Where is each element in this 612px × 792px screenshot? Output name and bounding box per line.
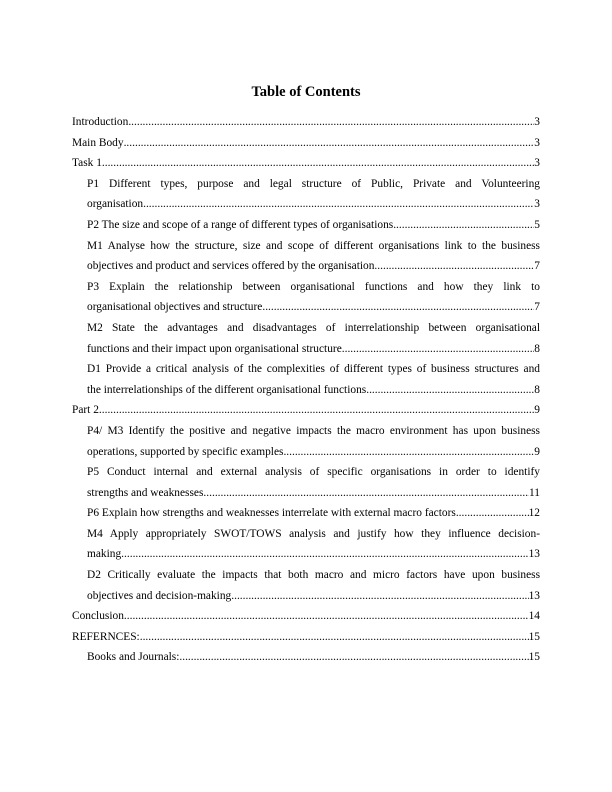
toc-entry-title: functions and their impact upon organisa… [87,339,342,360]
dot-leader [203,483,529,504]
toc-entry[interactable]: Main Body3 [72,133,540,154]
toc-entry-title: making [87,544,121,565]
toc-page-number: 12 [529,503,540,524]
dot-leader [99,400,534,421]
toc-entry[interactable]: M2 State the advantages and disadvantage… [72,318,540,359]
toc-page-number: 3 [534,194,540,215]
toc-entry[interactable]: P4/ M3 Identify the positive and negativ… [72,421,540,462]
toc-page-number: 3 [534,153,540,174]
toc-page-number: 5 [534,215,540,236]
toc-page-number: 8 [534,380,540,401]
toc-entry-title: Main Body [72,133,124,154]
toc-entry-row: Task 13 [72,153,540,174]
dot-leader [179,647,528,668]
toc-page-number: 13 [529,544,540,565]
toc-entry-text-line: M1 Analyse how the structure, size and s… [87,236,540,257]
toc-entry-title: Books and Journals: [87,647,179,668]
toc-entry[interactable]: P5 Conduct internal and external analysi… [72,462,540,503]
toc-entry-text-line: P5 Conduct internal and external analysi… [87,462,540,483]
dot-leader [456,503,529,524]
toc-entry-row: objectives and product and services offe… [87,256,540,277]
toc-page-number: 15 [529,647,540,668]
toc-entry-title: operations, supported by specific exampl… [87,442,283,463]
toc-page-number: 14 [529,606,540,627]
dot-leader [342,339,535,360]
toc-entry-row: Introduction3 [72,112,540,133]
toc-entry[interactable]: REFERNCES:15 [72,627,540,648]
toc-entry-row: objectives and decision-making13 [87,586,540,607]
toc-page-number: 13 [529,586,540,607]
toc-entry-text-line: D2 Critically evaluate the impacts that … [87,565,540,586]
toc-entry-text-line: M4 Apply appropriately SWOT/TOWS analysi… [87,524,540,545]
toc-entry-title: objectives and product and services offe… [87,256,374,277]
toc-entry[interactable]: M1 Analyse how the structure, size and s… [72,236,540,277]
toc-entry[interactable]: Conclusion14 [72,606,540,627]
toc-page-number: 9 [534,442,540,463]
dot-leader [102,153,534,174]
toc-page-number: 11 [529,483,540,504]
toc-entry-row: Main Body3 [72,133,540,154]
toc-entry-title: the interrelationships of the different … [87,380,366,401]
toc-entry-row: REFERNCES:15 [72,627,540,648]
toc-entry-title: Part 2 [72,400,99,421]
toc-entry[interactable]: Books and Journals:15 [72,647,540,668]
toc-entry-row: P6 Explain how strengths and weaknesses … [87,503,540,524]
toc-entry-row: making13 [87,544,540,565]
toc-entry[interactable]: Part 29 [72,400,540,421]
toc-entry[interactable]: D2 Critically evaluate the impacts that … [72,565,540,606]
toc-page-number: 8 [534,339,540,360]
toc-entry-text-line: M2 State the advantages and disadvantage… [87,318,540,339]
toc-entry-title: P6 Explain how strengths and weaknesses … [87,503,456,524]
toc-entry-text-line: P3 Explain the relationship between orga… [87,277,540,298]
dot-leader [128,112,534,133]
toc-entry[interactable]: Introduction3 [72,112,540,133]
dot-leader [366,380,534,401]
toc-entry-title: P2 The size and scope of a range of diff… [87,215,393,236]
toc-entry-row: P2 The size and scope of a range of diff… [87,215,540,236]
toc-page-number: 15 [529,627,540,648]
toc-entry-row: the interrelationships of the different … [87,380,540,401]
dot-leader [140,627,529,648]
toc-entry-title: strengths and weaknesses [87,483,203,504]
toc-page-number: 3 [534,133,540,154]
toc-entry-row: Books and Journals:15 [87,647,540,668]
toc-page-number: 3 [534,112,540,133]
toc-entry-row: operations, supported by specific exampl… [87,442,540,463]
toc-page-number: 7 [534,256,540,277]
toc-entry-title: REFERNCES: [72,627,140,648]
toc-entry-row: Part 29 [72,400,540,421]
toc-entry-title: objectives and decision-making [87,586,231,607]
toc-entry-text-line: P1 Different types, purpose and legal st… [87,174,540,195]
toc-entry-title: organisational objectives and structure [87,297,262,318]
toc-entry-title: Task 1 [72,153,102,174]
toc-entry[interactable]: P3 Explain the relationship between orga… [72,277,540,318]
toc-entry-row: organisational objectives and structure7 [87,297,540,318]
document-page: Table of Contents Introduction3Main Body… [0,0,612,792]
table-of-contents: Introduction3Main Body3Task 13P1 Differe… [72,112,540,668]
dot-leader [124,606,529,627]
toc-page-number: 7 [534,297,540,318]
toc-entry-row: functions and their impact upon organisa… [87,339,540,360]
toc-entry-row: organisation3 [87,194,540,215]
dot-leader [124,133,535,154]
dot-leader [121,544,528,565]
toc-entry-text-line: P4/ M3 Identify the positive and negativ… [87,421,540,442]
toc-entry[interactable]: P6 Explain how strengths and weaknesses … [72,503,540,524]
dot-leader [262,297,534,318]
toc-entry[interactable]: M4 Apply appropriately SWOT/TOWS analysi… [72,524,540,565]
toc-page-number: 9 [534,400,540,421]
toc-entry[interactable]: P2 The size and scope of a range of diff… [72,215,540,236]
dot-leader [143,194,534,215]
toc-entry-row: strengths and weaknesses11 [87,483,540,504]
dot-leader [283,442,534,463]
toc-entry-title: Conclusion [72,606,124,627]
toc-entry-row: Conclusion14 [72,606,540,627]
toc-entry-title: organisation [87,194,143,215]
toc-entry-text-line: D1 Provide a critical analysis of the co… [87,359,540,380]
dot-leader [231,586,528,607]
toc-entry-title: Introduction [72,112,128,133]
dot-leader [393,215,534,236]
dot-leader [374,256,534,277]
toc-entry[interactable]: D1 Provide a critical analysis of the co… [72,359,540,400]
toc-title: Table of Contents [0,83,612,101]
toc-entry[interactable]: Task 13 [72,153,540,174]
toc-entry[interactable]: P1 Different types, purpose and legal st… [72,174,540,215]
